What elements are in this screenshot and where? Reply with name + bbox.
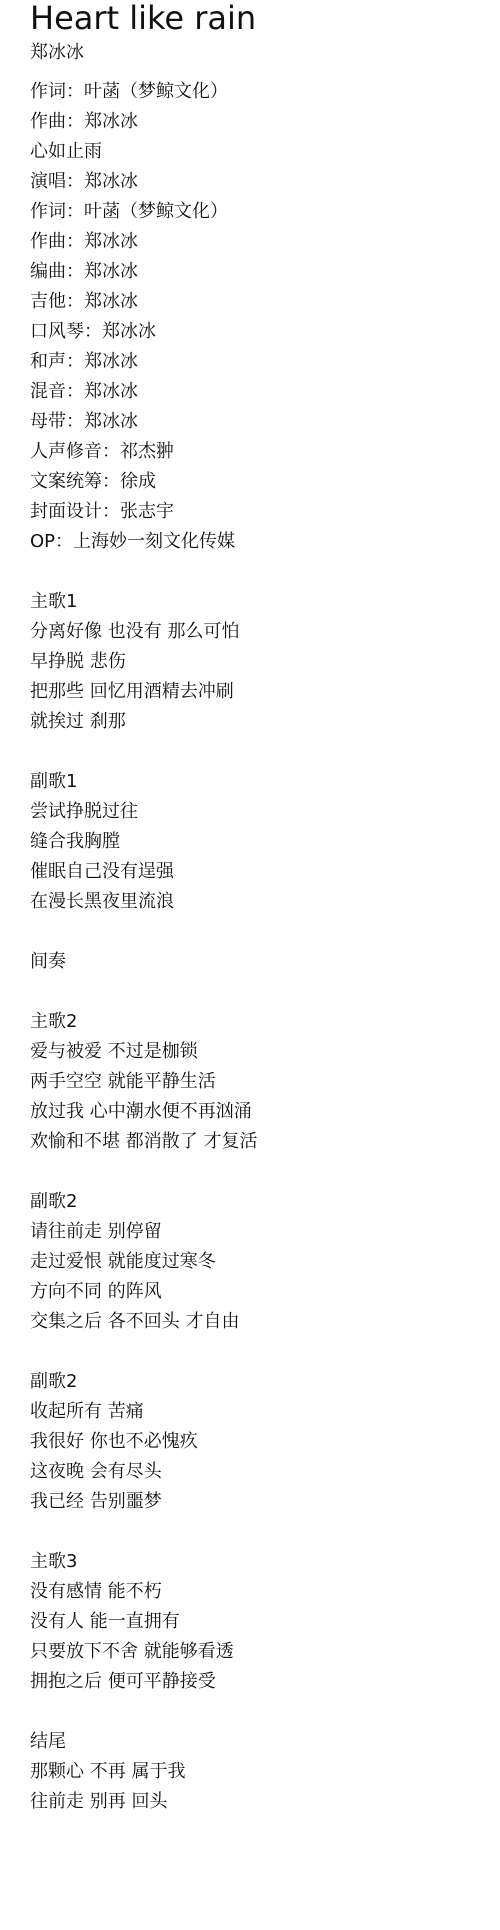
lyric-line: 吉他：郑冰冰 — [30, 287, 257, 317]
lyric-line: 混音：郑冰冰 — [30, 377, 257, 407]
lyric-line: 方向不同 的阵风 — [30, 1277, 257, 1307]
lyric-line: 没有感情 能不朽 — [30, 1577, 257, 1607]
lyric-line: 作词：叶菡（梦鲸文化） — [30, 77, 257, 107]
lyric-line: 编曲：郑冰冰 — [30, 257, 257, 287]
lyric-line: 把那些 回忆用酒精去冲刷 — [30, 677, 257, 707]
lyric-line: 催眠自己没有逞强 — [30, 857, 257, 887]
lyric-line: 就挨过 刹那 — [30, 707, 257, 737]
lyric-line: 我很好 你也不必愧疚 — [30, 1427, 257, 1457]
lyric-blank-line — [30, 557, 257, 587]
lyric-line: 副歌1 — [30, 767, 257, 797]
lyric-line: 欢愉和不堪 都消散了 才复活 — [30, 1127, 257, 1157]
lyric-line: 拥抱之后 便可平静接受 — [30, 1667, 257, 1697]
lyric-line: 只要放下不舍 就能够看透 — [30, 1637, 257, 1667]
lyric-line: 放过我 心中潮水便不再汹涌 — [30, 1097, 257, 1127]
lyric-line: 没有人 能一直拥有 — [30, 1607, 257, 1637]
lyric-line: 作曲：郑冰冰 — [30, 107, 257, 137]
lyric-line: 演唱：郑冰冰 — [30, 167, 257, 197]
lyric-line: 主歌3 — [30, 1547, 257, 1577]
lyric-line: 缝合我胸膛 — [30, 827, 257, 857]
lyric-line: 往前走 别再 回头 — [30, 1787, 257, 1817]
lyric-line: 这夜晚 会有尽头 — [30, 1457, 257, 1487]
lyric-blank-line — [30, 737, 257, 767]
lyric-line: 作曲：郑冰冰 — [30, 227, 257, 257]
lyric-line: 人声修音：祁杰翀 — [30, 437, 257, 467]
lyric-line: 那颗心 不再 属于我 — [30, 1757, 257, 1787]
lyric-line: 和声：郑冰冰 — [30, 347, 257, 377]
lyric-blank-line — [30, 917, 257, 947]
lyric-line: 我已经 告别噩梦 — [30, 1487, 257, 1517]
lyric-line: 副歌2 — [30, 1187, 257, 1217]
lyric-line: 口风琴：郑冰冰 — [30, 317, 257, 347]
lyric-line: 请往前走 别停留 — [30, 1217, 257, 1247]
lyric-line: 早挣脱 悲伤 — [30, 647, 257, 677]
lyric-blank-line — [30, 1337, 257, 1367]
lyric-line: 分离好像 也没有 那么可怕 — [30, 617, 257, 647]
lyric-line: 母带：郑冰冰 — [30, 407, 257, 437]
lyric-line: 结尾 — [30, 1727, 257, 1757]
lyric-blank-line — [30, 977, 257, 1007]
lyric-line: 两手空空 就能平静生活 — [30, 1067, 257, 1097]
lyrics-body: 作词：叶菡（梦鲸文化）作曲：郑冰冰心如止雨演唱：郑冰冰作词：叶菡（梦鲸文化）作曲… — [30, 77, 257, 1817]
lyric-line: 走过爱恨 就能度过寒冬 — [30, 1247, 257, 1277]
lyric-line: OP：上海妙一刻文化传媒 — [30, 527, 257, 557]
lyric-line: 间奏 — [30, 947, 257, 977]
lyric-line: 主歌2 — [30, 1007, 257, 1037]
lyric-line: 主歌1 — [30, 587, 257, 617]
lyric-blank-line — [30, 1517, 257, 1547]
lyric-line: 封面设计：张志宇 — [30, 497, 257, 527]
lyric-line: 副歌2 — [30, 1367, 257, 1397]
lyric-line: 在漫长黑夜里流浪 — [30, 887, 257, 917]
lyric-blank-line — [30, 1697, 257, 1727]
lyric-blank-line — [30, 1157, 257, 1187]
lyric-line: 收起所有 苦痛 — [30, 1397, 257, 1427]
lyric-line: 爱与被爱 不过是枷锁 — [30, 1037, 257, 1067]
lyric-line: 作词：叶菡（梦鲸文化） — [30, 197, 257, 227]
lyric-line: 尝试挣脱过往 — [30, 797, 257, 827]
song-title: Heart like rain — [30, 0, 256, 38]
song-artist: 郑冰冰 — [30, 40, 84, 66]
lyric-line: 交集之后 各不回头 才自由 — [30, 1307, 257, 1337]
lyric-line: 心如止雨 — [30, 137, 257, 167]
lyric-line: 文案统筹：徐成 — [30, 467, 257, 497]
